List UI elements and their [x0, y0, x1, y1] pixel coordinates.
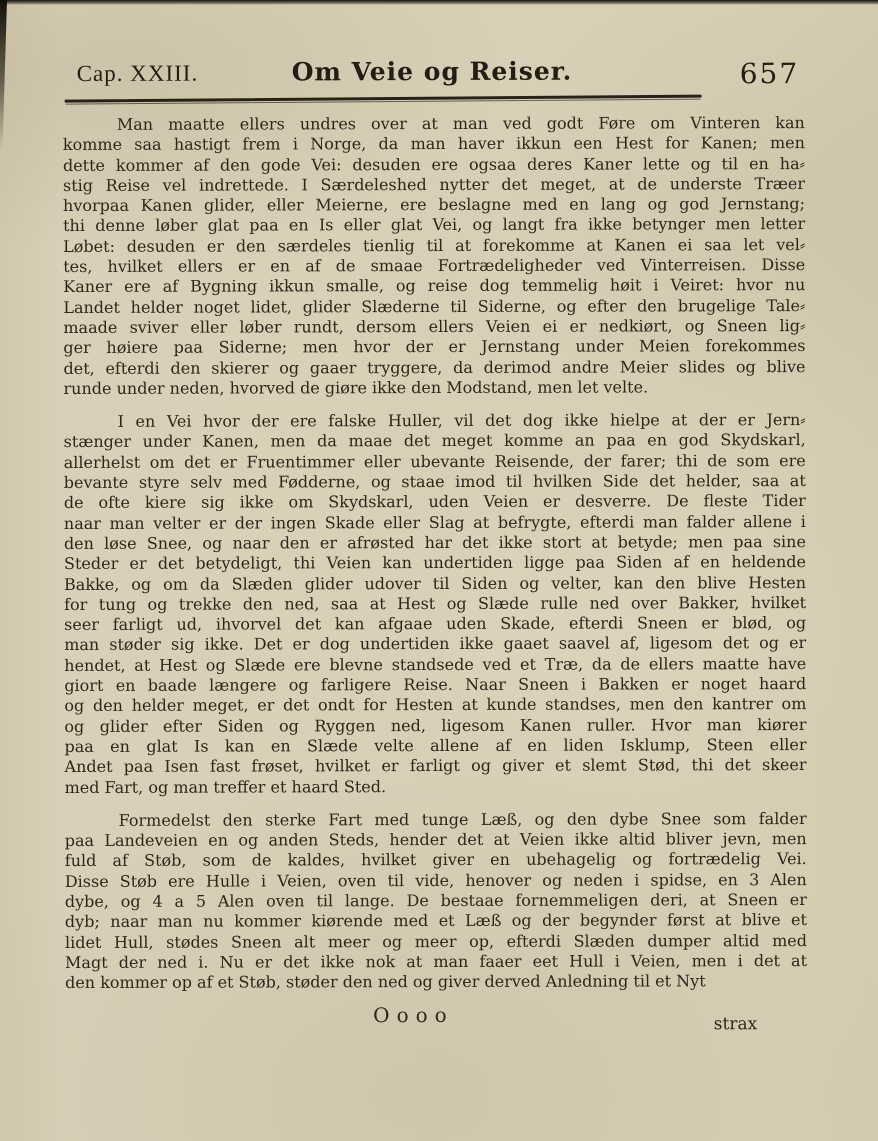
paragraph-1: Man maatte ellers undres over at man ved… [63, 113, 806, 399]
text-line: naar man velter er der ingen Skade eller… [64, 512, 806, 534]
text-line: bevante styre selv med Fødderne, og staa… [64, 471, 806, 493]
text-line: Landet helder noget lidet, glider Slæder… [63, 296, 805, 318]
chapter-label: Cap. XXIII. [77, 61, 199, 87]
text-line: for tung og trekke den ned, saa at Hest … [64, 593, 806, 615]
paragraph-3: Formedelst den sterke Fart med tunge Læß… [65, 809, 807, 994]
book-page: Cap. XXIII. Om Veie og Reiser. 657 Man m… [0, 0, 878, 1141]
page-content: Cap. XXIII. Om Veie og Reiser. 657 Man m… [0, 0, 878, 1141]
text-line: hendet, at Hest og Slæde ere blevne stan… [64, 654, 806, 676]
text-line: runde under neden, hvorved de giøre ikke… [63, 377, 805, 399]
text-line: og glider efter Siden og Ryggen ned, lig… [64, 715, 806, 737]
text-line: det, efterdi den skierer og gaaer trygge… [63, 357, 805, 379]
text-line: Formedelst den sterke Fart med tunge Læß… [65, 809, 807, 831]
text-line: den løse Snee, og naar den er afrøsted h… [64, 532, 806, 554]
text-line: Steder er det betydeligt, thi Veien kan … [64, 552, 806, 574]
text-line: med Fart, og man treffer et haard Sted. [65, 776, 807, 798]
text-line: maade sviver eller løber rundt, dersom e… [63, 316, 805, 338]
text-line: hvorpaa Kanen glider, eller Meierne, ere… [63, 194, 805, 216]
text-line: lidet Hull, stødes Sneen alt meer og mee… [65, 931, 807, 953]
text-line: den kommer op af et Støb, støder den ned… [65, 971, 807, 993]
text-line: komme saa hastigt frem i Norge, da man h… [63, 133, 805, 155]
running-title: Om Veie og Reiser. [292, 57, 573, 87]
text-line: stænger under Kanen, men da maae det meg… [64, 430, 806, 452]
text-line: Løbet: desuden er den særdeles tienlig t… [63, 235, 805, 257]
text-line: man støder sig ikke. Det er dog undertid… [64, 633, 806, 655]
catchword: strax [714, 1015, 757, 1035]
text-line: dybe, og 4 a 5 Alen oven til lange. De b… [65, 890, 807, 912]
text-line: giort en baade længere og farligere Reis… [64, 674, 806, 696]
text-line: I en Vei hvor der ere falske Huller, vil… [64, 410, 806, 432]
text-line: paa en glat Is kan en Slæde velte allene… [64, 735, 806, 757]
page-footer: Oooo strax [65, 1005, 807, 1047]
signature-mark: Oooo [373, 1005, 454, 1026]
text-line: allerhelst om det er Fruentimmer eller u… [64, 451, 806, 473]
text-line: de ofte kiere sig ikke om Skydskarl, ude… [64, 491, 806, 513]
text-line: Kaner ere af Bygning ikkun smalle, og re… [63, 275, 805, 297]
text-line: Andet paa Isen fast frøset, hvilket er f… [64, 755, 806, 777]
text-line: Bakke, og om da Slæden glider udover til… [64, 573, 806, 595]
paragraph-2: I en Vei hvor der ere falske Huller, vil… [64, 410, 807, 798]
text-line: Disse Støb ere Hulle i Veien, oven til v… [65, 870, 807, 892]
text-line: tes, hvilket ellers er en af de smaae Fo… [63, 255, 805, 277]
page-number: 657 [740, 57, 800, 90]
header-divider [65, 95, 702, 103]
text-line: dyb; naar man nu kommer kiørende med et … [65, 910, 807, 932]
text-line: fuld af Støb, som de kaldes, hvilket giv… [65, 849, 807, 871]
text-block: Man maatte ellers undres over at man ved… [63, 113, 807, 1046]
text-line: ger høiere paa Siderne; men hvor der er … [63, 336, 805, 358]
text-line: dette kommer af den gode Vei: desuden er… [63, 154, 805, 176]
text-line: thi denne løber glat paa en Is eller gla… [63, 215, 805, 237]
text-line: Magt der ned i. Nu er det ikke nok at ma… [65, 951, 807, 973]
text-line: seer farligt ud, ihvorvel det kan afgaae… [64, 613, 806, 635]
text-line: stig Reise vel indrettede. I Særdeleshed… [63, 174, 805, 196]
text-line: og den helder meget, er det ondt for Hes… [64, 694, 806, 716]
text-line: paa Landeveien en og anden Steds, hender… [65, 829, 807, 851]
text-line: Man maatte ellers undres over at man ved… [63, 113, 805, 135]
